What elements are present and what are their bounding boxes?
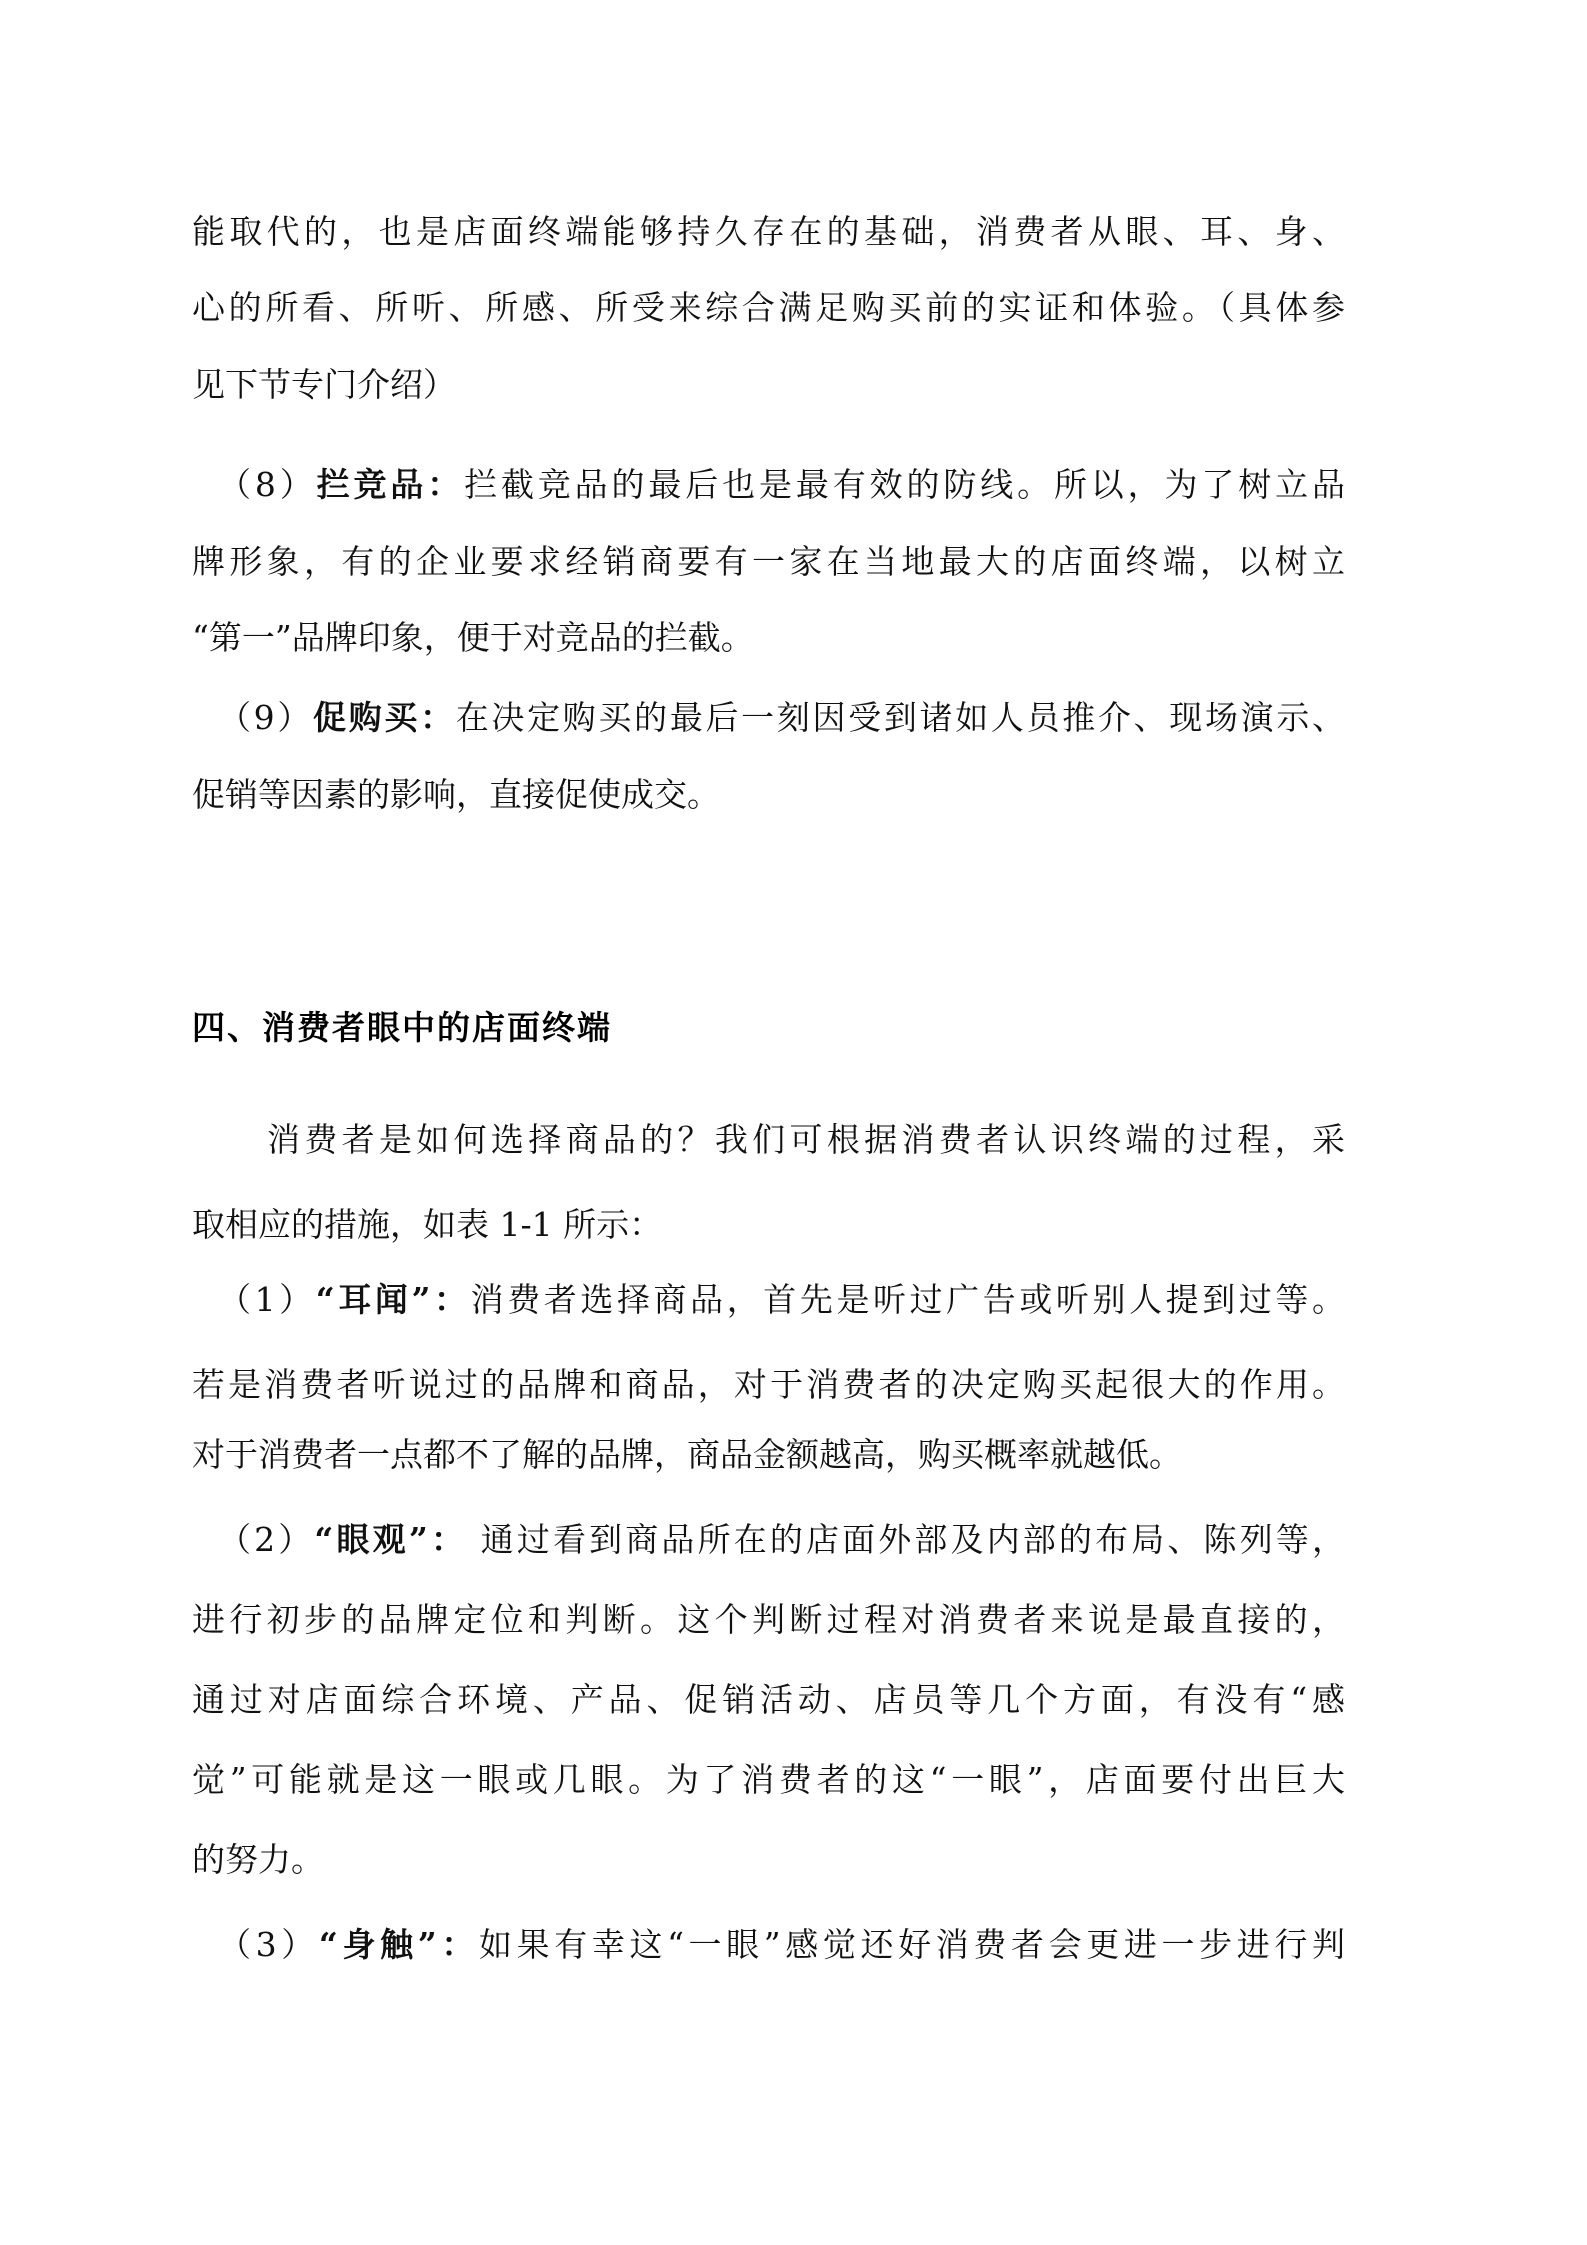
item-label: 促购买：	[313, 698, 456, 737]
item-label: “眼观”：	[314, 1520, 467, 1559]
item-number: （1）	[218, 1280, 316, 1319]
paragraph-line: 进行初步的品牌定位和判断。这个判断过程对消费者来说是最直接的，	[192, 1598, 1345, 1642]
item-label: “身触”：	[319, 1925, 479, 1964]
paragraph-line: 若是消费者听说过的品牌和商品，对于消费者的决定购买起很大的作用。	[192, 1363, 1345, 1407]
list-item-8-first-line: （8）拦竞品：拦截竞品的最后也是最有效的防线。所以，为了树立品	[218, 463, 1345, 507]
document-page: 能取代的，也是店面终端能够持久存在的基础，消费者从眼、耳、身、 心的所看、所听、…	[0, 0, 1587, 2245]
paragraph-line: 通过对店面综合环境、产品、促销活动、店员等几个方面，有没有“感	[192, 1678, 1345, 1722]
item-number: （2）	[218, 1520, 314, 1559]
paragraph-line: 心的所看、所听、所感、所受来综合满足购买前的实证和体验。（具体参	[192, 286, 1345, 330]
item-text: 在决定购买的最后一刻因受到诸如人员推介、现场演示、	[456, 698, 1345, 737]
paragraph-line: “第一”品牌印象，便于对竞品的拦截。	[192, 616, 1345, 660]
item-text: 拦截竞品的最后也是最有效的防线。所以，为了树立品	[464, 465, 1345, 504]
item-label: “耳闻”：	[316, 1280, 471, 1319]
paragraph-line: 取相应的措施，如表 1-1 所示：	[192, 1203, 1345, 1247]
paragraph-line: 能取代的，也是店面终端能够持久存在的基础，消费者从眼、耳、身、	[192, 210, 1345, 254]
paragraph-line: 觉”可能就是这一眼或几眼。为了消费者的这“一眼”，店面要付出巨大	[192, 1758, 1345, 1802]
paragraph-line: 的努力。	[192, 1838, 1345, 1882]
list-item-1-first-line: （1）“耳闻”：消费者选择商品，首先是听过广告或听别人提到过等。	[218, 1278, 1345, 1322]
paragraph-line: 消费者是如何选择商品的？我们可根据消费者认识终端的过程，采	[267, 1118, 1345, 1162]
item-text: 消费者选择商品，首先是听过广告或听别人提到过等。	[471, 1280, 1345, 1319]
paragraph-line: 牌形象，有的企业要求经销商要有一家在当地最大的店面终端，以树立	[192, 540, 1345, 584]
item-number: （3）	[218, 1925, 319, 1964]
item-number: （8）	[218, 465, 317, 504]
list-item-2-first-line: （2）“眼观”： 通过看到商品所在的店面外部及内部的布局、陈列等，	[218, 1518, 1345, 1562]
paragraph-line: 见下节专门介绍）	[192, 363, 1345, 407]
section-heading: 四、消费者眼中的店面终端	[192, 1005, 612, 1051]
list-item-3-first-line: （3）“身触”：如果有幸这“一眼”感觉还好消费者会更进一步进行判	[218, 1923, 1345, 1967]
paragraph-line: 对于消费者一点都不了解的品牌，商品金额越高，购买概率就越低。	[192, 1433, 1345, 1477]
item-number: （9）	[218, 698, 313, 737]
item-label: 拦竞品：	[317, 465, 464, 504]
item-text: 通过看到商品所在的店面外部及内部的布局、陈列等，	[467, 1520, 1345, 1559]
item-text: 如果有幸这“一眼”感觉还好消费者会更进一步进行判	[479, 1925, 1345, 1964]
paragraph-line: 促销等因素的影响，直接促使成交。	[192, 773, 1345, 817]
list-item-9-first-line: （9）促购买：在决定购买的最后一刻因受到诸如人员推介、现场演示、	[218, 696, 1345, 740]
